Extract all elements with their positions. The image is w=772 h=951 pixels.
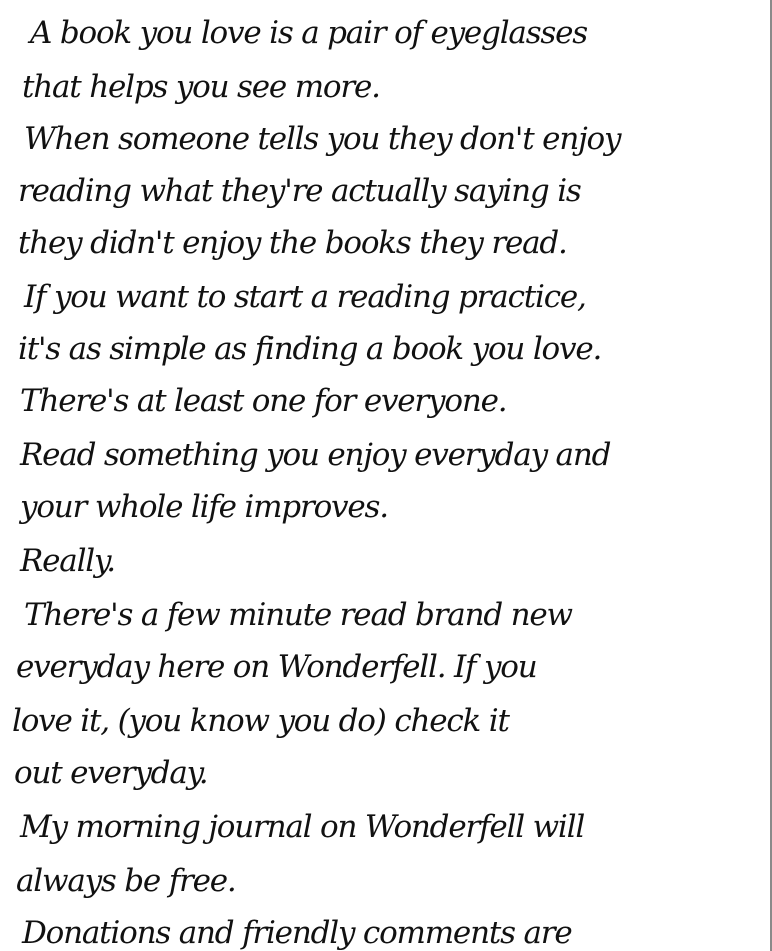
handwritten-line: it's as simple as finding a book you lov… xyxy=(18,334,601,365)
handwritten-line: There's a few minute read brand new xyxy=(24,600,572,631)
handwritten-line: Read something you enjoy everyday and xyxy=(20,440,610,471)
handwritten-line: reading what they're actually saying is xyxy=(18,176,581,207)
handwritten-line: out everyday. xyxy=(14,758,207,789)
handwritten-line: Really. xyxy=(20,546,115,577)
handwritten-line: When someone tells you they don't enjoy xyxy=(24,124,620,155)
handwritten-line: If you want to start a reading practice, xyxy=(24,282,586,313)
handwritten-line: they didn't enjoy the books they read. xyxy=(18,228,567,259)
handwritten-line: Donations and friendly comments are xyxy=(22,918,572,949)
handwritten-line: love it, (you know you do) check it xyxy=(12,706,509,737)
handwritten-line: A book you love is a pair of eyeglasses xyxy=(30,18,670,49)
handwritten-line: that helps you see more. xyxy=(22,72,380,103)
handwritten-page: A book you love is a pair of eyeglasses … xyxy=(0,0,770,951)
handwritten-line: everyday here on Wonderfell. If you xyxy=(16,652,537,683)
handwritten-line: your whole life improves. xyxy=(20,492,388,523)
handwritten-line: always be free. xyxy=(16,866,236,897)
handwritten-line: There's at least one for everyone. xyxy=(20,386,506,417)
handwritten-line: My morning journal on Wonderfell will xyxy=(20,812,584,843)
